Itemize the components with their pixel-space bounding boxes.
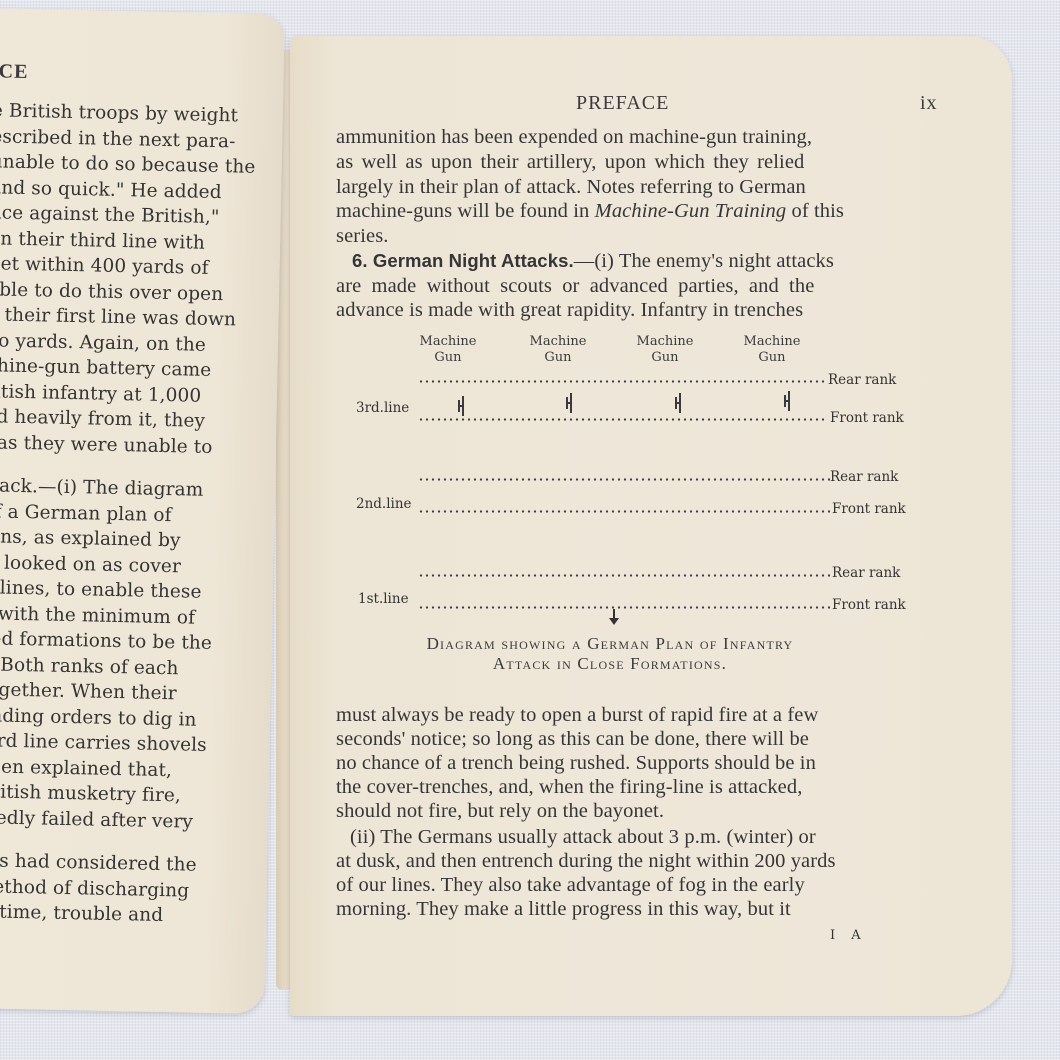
machine-gun-icon bbox=[458, 396, 464, 416]
body-line: as well as upon their artillery, upon wh… bbox=[336, 151, 804, 174]
book-reference: Machine-Gun Training bbox=[595, 200, 787, 222]
machine-gun-icon bbox=[566, 393, 572, 413]
body-line: ed heavily from it, they bbox=[0, 406, 205, 432]
body-line: ammunition has been expended on machine-… bbox=[336, 126, 812, 149]
section-line: 6. German Night Attacks.—(i) The enemy's… bbox=[352, 250, 834, 273]
left-page-body: e British troops by weightescribed in th… bbox=[0, 8, 285, 14]
body-line: escribed in the next para- bbox=[0, 126, 236, 152]
rear-rank-dotted-line bbox=[418, 574, 830, 577]
body-text: of this bbox=[786, 200, 844, 222]
line-label: 3rd.line bbox=[356, 400, 409, 416]
machine-gun-label: MachineGun bbox=[625, 334, 705, 366]
section-heading: 6. German Night Attacks. bbox=[352, 250, 574, 271]
front-rank-dotted-line bbox=[418, 606, 830, 609]
rank-label: Front rank bbox=[832, 597, 906, 613]
body-line: seconds' notice; so long as this can be … bbox=[336, 728, 809, 751]
body-line: e British troops by weight bbox=[0, 100, 238, 126]
body-line: anding orders to dig in bbox=[0, 705, 197, 731]
rear-rank-dotted-line bbox=[418, 478, 830, 481]
body-line: d lines, to enable these bbox=[0, 577, 202, 603]
body-line: ritish infantry at 1,000 bbox=[0, 381, 201, 407]
body-line: advance is made with great rapidity. Inf… bbox=[336, 299, 803, 322]
body-line: oo yards. Again, on the bbox=[0, 330, 206, 356]
signature-mark: I A bbox=[830, 928, 867, 943]
body-line: should not fire, but rely on the bayonet… bbox=[336, 800, 664, 823]
running-head: PREFACE bbox=[576, 92, 669, 115]
body-line: together. When their bbox=[0, 679, 177, 704]
machine-gun-icon bbox=[784, 391, 790, 411]
body-line: series. bbox=[336, 225, 389, 248]
front-rank-dotted-line bbox=[418, 418, 828, 421]
machine-gun-icon bbox=[675, 393, 681, 413]
body-line: been explained that, bbox=[0, 756, 172, 781]
body-line: ions, as explained by bbox=[0, 526, 181, 551]
body-line: morning. They make a little progress in … bbox=[336, 898, 791, 921]
rank-label: Front rank bbox=[830, 410, 904, 426]
body-line: nce against the British," bbox=[0, 202, 220, 228]
rank-label: Rear rank bbox=[832, 565, 900, 581]
left-running-head: CE bbox=[0, 60, 29, 84]
body-line: on their third line with bbox=[0, 228, 205, 254]
body-text: —(i) The enemy's night attacks bbox=[574, 250, 834, 272]
body-line: sed formations to be the bbox=[0, 628, 212, 654]
body-line: must always be ready to open a burst of … bbox=[336, 704, 818, 727]
body-line: atedly failed after very bbox=[0, 807, 193, 833]
machine-gun-label: MachineGun bbox=[518, 334, 598, 366]
rank-label: Front rank bbox=[832, 501, 906, 517]
body-line: of our lines. They also take advantage o… bbox=[336, 874, 805, 897]
body-line: unable to do so because the bbox=[0, 151, 256, 178]
body-line: chine-gun battery came bbox=[0, 355, 211, 381]
page-number: ix bbox=[920, 92, 938, 115]
body-line: able to do this over open bbox=[0, 279, 223, 305]
body-line: machine-guns will be found in Machine-Gu… bbox=[336, 200, 844, 223]
line-label: 2nd.line bbox=[356, 496, 412, 512]
body-line: at dusk, and then entrench during the ni… bbox=[336, 850, 836, 873]
line-label: 1st.line bbox=[358, 591, 409, 607]
body-line: y. Both ranks of each bbox=[0, 654, 179, 679]
rank-label: Rear rank bbox=[828, 372, 896, 388]
body-line: ttack.—(i) The diagram bbox=[0, 475, 204, 501]
body-line: no chance of a trench being rushed. Supp… bbox=[336, 752, 816, 775]
body-line: hird line carries shovels bbox=[0, 730, 207, 756]
body-text: machine-guns will be found in bbox=[336, 200, 595, 222]
body-line: ans had considered the bbox=[0, 850, 197, 876]
rear-rank-dotted-line bbox=[418, 380, 828, 383]
body-line: are made without scouts or advanced part… bbox=[336, 275, 814, 298]
diagram-caption: Diagram showing a German Plan of Infantr… bbox=[330, 634, 890, 654]
body-line: method of discharging bbox=[0, 876, 189, 901]
body-line: the cover-trenches, and, when the firing… bbox=[336, 776, 802, 799]
machine-gun-label: MachineGun bbox=[732, 334, 812, 366]
body-line: y with the minimum of bbox=[0, 603, 195, 628]
rank-label: Rear rank bbox=[830, 469, 898, 485]
body-line: British musketry fire, bbox=[0, 781, 181, 806]
body-line: e their first line was down bbox=[0, 304, 236, 330]
body-line: get within 400 yards of bbox=[0, 253, 209, 279]
machine-gun-label: MachineGun bbox=[408, 334, 488, 366]
body-line: of a German plan of bbox=[0, 501, 172, 526]
body-line: of time, trouble and bbox=[0, 901, 163, 926]
body-line: (ii) The Germans usually attack about 3 … bbox=[350, 826, 816, 849]
left-page: CE e British troops by weightescribed in… bbox=[0, 8, 285, 1014]
advance-arrow-icon bbox=[613, 609, 615, 623]
diagram-caption: Attack in Close Formations. bbox=[330, 654, 890, 674]
right-page: PREFACE ix ammunition has been expended … bbox=[290, 36, 1012, 1016]
body-line: , as they were unable to bbox=[0, 432, 213, 458]
body-line: is looked on as cover bbox=[0, 552, 181, 577]
body-line: and so quick." He added bbox=[0, 177, 222, 203]
front-rank-dotted-line bbox=[418, 510, 830, 513]
body-line: largely in their plan of attack. Notes r… bbox=[336, 176, 806, 199]
